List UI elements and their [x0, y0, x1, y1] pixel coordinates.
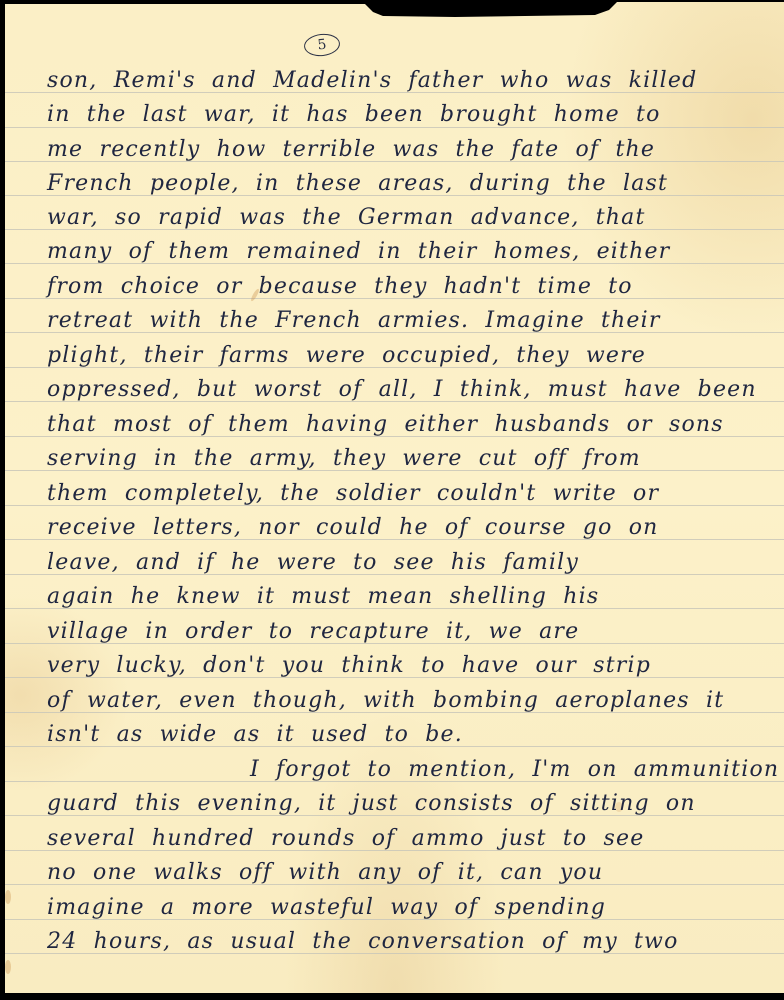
text-line: again he knew it must mean shelling his — [47, 582, 599, 612]
text-line: village in order to recapture it, we are — [47, 617, 579, 647]
text-line: that most of them having either husbands… — [47, 410, 724, 440]
text-line: French people, in these areas, during th… — [47, 169, 668, 199]
text-line: very lucky, don't you think to have our … — [47, 651, 651, 681]
text-line: imagine a more wasteful way of spending — [47, 893, 606, 923]
letter-page: 5 son, Remi's and Madelin's father who w… — [5, 0, 784, 993]
text-line: of water, even though, with bombing aero… — [47, 686, 724, 716]
page-number: 5 — [303, 32, 341, 58]
text-line-indented: I forgot to mention, I'm on ammunition — [250, 755, 779, 785]
text-line: isn't as wide as it used to be. — [47, 720, 463, 750]
text-line: serving in the army, they were cut off f… — [47, 444, 641, 474]
text-line: in the last war, it has been brought hom… — [47, 100, 661, 130]
text-line: many of them remained in their homes, ei… — [47, 237, 670, 267]
text-line: plight, their farms were occupied, they … — [47, 341, 646, 371]
text-line: retreat with the French armies. Imagine … — [47, 306, 661, 336]
text-line: oppressed, but worst of all, I think, mu… — [47, 375, 757, 405]
text-line: son, Remi's and Madelin's father who was… — [47, 66, 697, 96]
text-line: receive letters, nor could he of course … — [47, 513, 659, 543]
paper-stain — [5, 890, 11, 904]
text-line: 24 hours, as usual the conversation of m… — [47, 927, 679, 957]
text-line: them completely, the soldier couldn't wr… — [47, 479, 659, 509]
text-line: guard this evening, it just consists of … — [47, 789, 696, 819]
text-line: me recently how terrible was the fate of… — [47, 135, 655, 165]
paper-stain — [5, 960, 11, 974]
text-line: leave, and if he were to see his family — [47, 548, 579, 578]
text-line: no one walks off with any of it, can you — [47, 858, 603, 888]
text-line: several hundred rounds of ammo just to s… — [47, 824, 644, 854]
text-line: war, so rapid was the German advance, th… — [47, 203, 646, 233]
text-line: from choice or because they hadn't time … — [47, 272, 633, 302]
